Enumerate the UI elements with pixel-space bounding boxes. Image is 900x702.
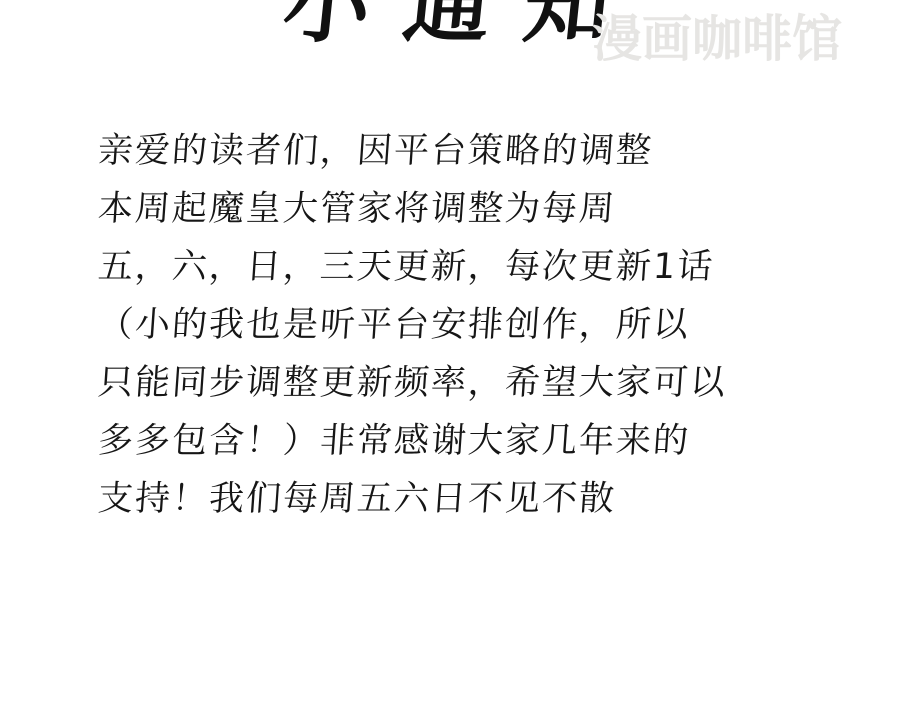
notice-line: 支持！我们每周五六日不见不散 xyxy=(96,470,890,528)
notice-line: 亲爱的读者们，因平台策略的调整 xyxy=(96,122,890,180)
watermark-logo: 漫画咖啡馆 xyxy=(592,14,842,64)
notice-line: 只能同步调整更新频率，希望大家可以 xyxy=(96,354,890,412)
notice-line: 本周起魔皇大管家将调整为每周 xyxy=(96,180,890,238)
notice-line: 多多包含！）非常感谢大家几年来的 xyxy=(96,412,890,470)
notice-line: 五，六，日，三天更新，每次更新1话 xyxy=(96,238,890,296)
notice-body: 亲爱的读者们，因平台策略的调整 本周起魔皇大管家将调整为每周 五，六，日，三天更… xyxy=(98,122,888,528)
notice-line: （小的我也是听平台安排创作，所以 xyxy=(96,296,890,354)
notice-page: 小通知 漫画咖啡馆 亲爱的读者们，因平台策略的调整 本周起魔皇大管家将调整为每周… xyxy=(0,0,900,702)
